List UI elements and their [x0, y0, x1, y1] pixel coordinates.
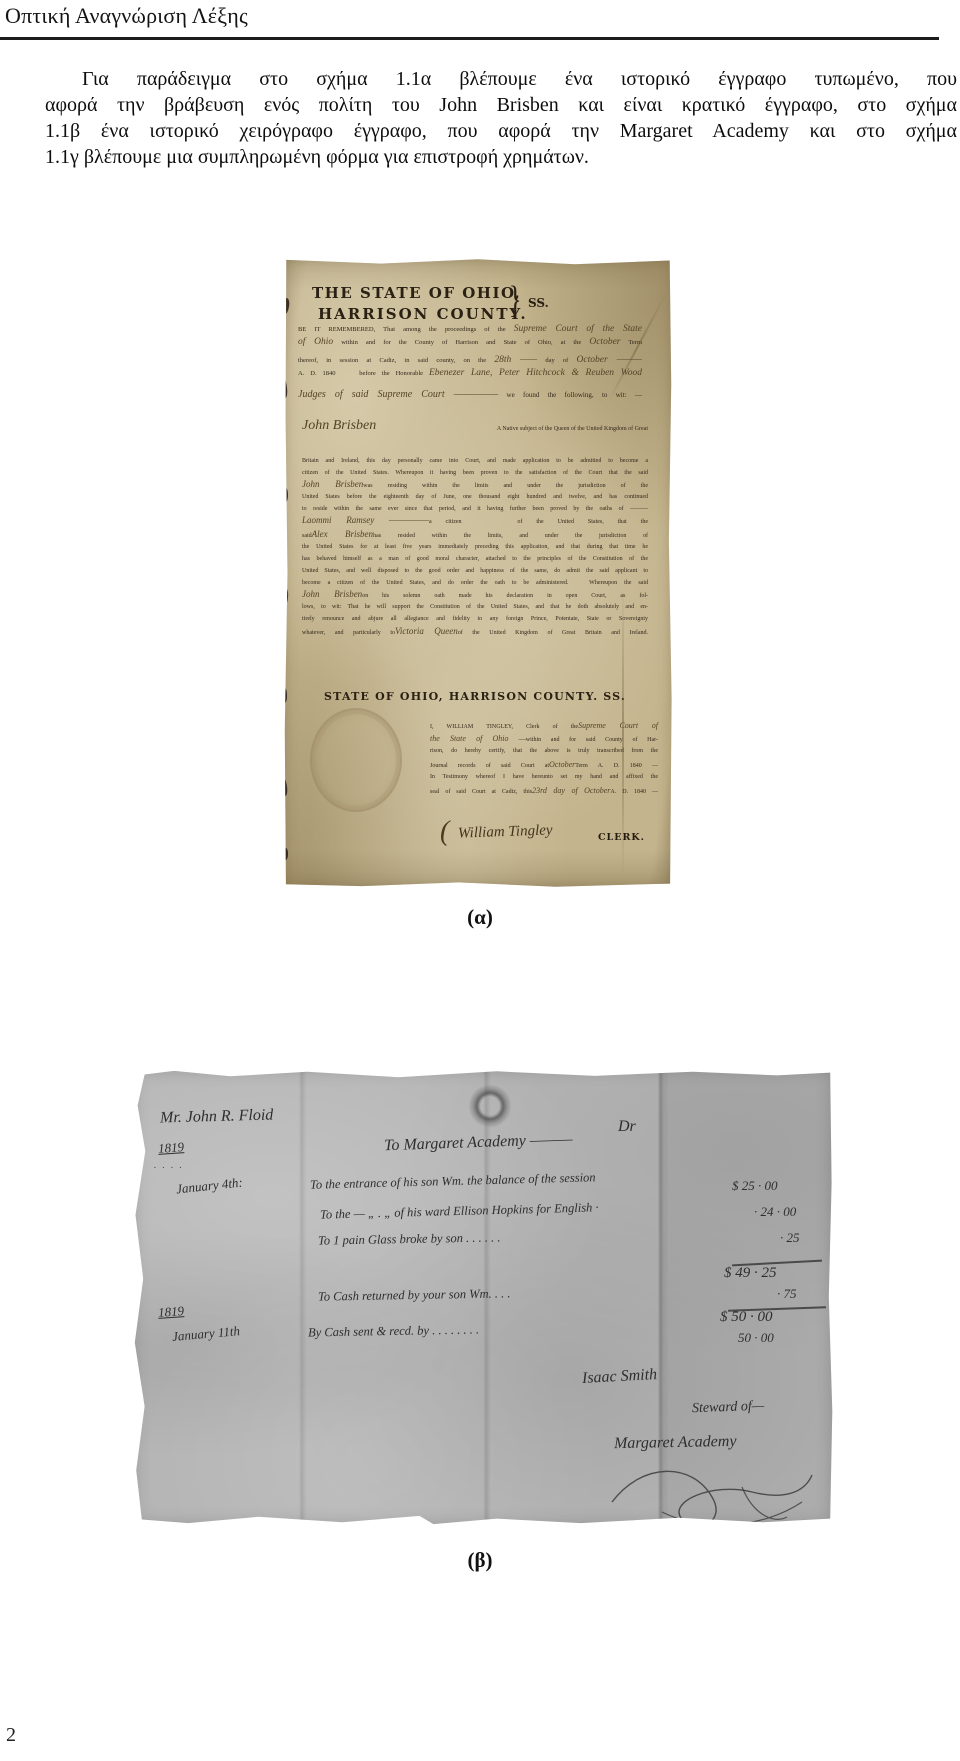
signature-flourish	[602, 1457, 822, 1537]
entry-text: To the entrance of his son Wm. the balan…	[310, 1171, 596, 1191]
paragraph-line: 1.1γ βλέπουμε μια συμπληρωμένη φόρμα για…	[45, 144, 957, 170]
academy-name-handwriting: Margaret Academy	[614, 1434, 737, 1452]
entry-text: To Cash returned by your son Wm. . . .	[318, 1287, 511, 1303]
addressee-handwriting: Mr. John R. Floid	[160, 1108, 274, 1127]
doc-a-body-line: whatever, and particularly toVictoria Qu…	[302, 627, 648, 637]
doc-a-body-line: saidAlex Brisbenhas resided within the l…	[302, 530, 648, 540]
year-handwriting: 1819	[158, 1304, 185, 1319]
doc-a-body-line: John Brisbenwas residing within the limi…	[302, 480, 648, 490]
intro-paragraph: Για παράδειγμα στο σχήμα 1.1α βλέπουμε έ…	[45, 66, 957, 170]
dr-abbreviation: Dr	[618, 1119, 636, 1135]
clerk-signature: William Tingley	[458, 822, 553, 842]
subtotal-amount: $ 49 · 25	[724, 1266, 777, 1281]
doc-a-heading-line2: HARRISON COUNTY.	[318, 305, 528, 323]
doc-a-signature-line: John Brisben A Native subject of the Que…	[302, 418, 648, 434]
year-handwriting: 1819	[158, 1140, 185, 1155]
paper-crease	[608, 295, 666, 402]
doc-a-intro-line: A. D. 1840 before the Honorable Ebenezer…	[298, 368, 642, 378]
total-amount: $ 50 · 00	[720, 1310, 773, 1325]
dot-leaders: . . . .	[154, 1161, 184, 1170]
doc-a-body-line: United States before the eighteenth day …	[302, 494, 648, 501]
entry-amount: 50 · 00	[738, 1331, 774, 1344]
doc-a-intro-line: of Ohio within and for the County of Har…	[298, 337, 642, 347]
page-title: Οπτική Αναγνώριση Λέξης	[5, 3, 248, 29]
entry-amount: · 24 · 00	[754, 1205, 796, 1218]
embossed-seal	[310, 708, 402, 812]
entry-amount: · 75	[777, 1287, 797, 1300]
doc-a-body-line: lows, to wit: That he will support the C…	[302, 604, 648, 611]
entry-amount: · 25	[780, 1231, 800, 1244]
doc-a-body-line: Laommi Ramsey —————a citizen of the Unit…	[302, 516, 648, 526]
doc-a-body-line: citizen of the United States. Whereupon …	[302, 470, 648, 477]
doc-a-intro-line: BE IT REMEMBERED, That among the proceed…	[298, 324, 642, 334]
figure-b-document-scan: Mr. John R. Floid 1819 . . . . To Margar…	[132, 1069, 833, 1525]
doc-a-intro-line: Judges of said Supreme Court ————— we fo…	[298, 389, 642, 400]
doc-a-heading-line1: THE STATE OF OHIO,	[312, 284, 521, 302]
figure-a-caption: (α)	[0, 905, 960, 930]
torn-edge-mark	[283, 848, 288, 860]
torn-edge-mark	[280, 588, 289, 607]
torn-edge-mark	[282, 688, 287, 703]
doc-a-body-line: become a citizen of the United States, a…	[302, 580, 648, 587]
doc-a-ss: SS.	[528, 296, 549, 310]
doc-a-body-line: John Brisbenon his solemn oath made his …	[302, 590, 648, 600]
doc-a-mid-heading: STATE OF OHIO, HARRISON COUNTY. SS.	[299, 690, 651, 703]
doc-a-body-line: has behaved himself as a man of good mor…	[302, 556, 648, 563]
entry-text: By Cash sent & recd. by . . . . . . . .	[308, 1324, 479, 1339]
torn-edge-mark	[281, 298, 290, 315]
paragraph-line: αφορά την βράβευση ενός πολίτη του John …	[45, 92, 957, 118]
entry-amount: $ 25 · 00	[732, 1179, 778, 1192]
steward-signature: Isaac Smith	[582, 1367, 658, 1387]
doc-a-body-line: tirely renounce and abjure all allegianc…	[302, 616, 648, 623]
entry-text: To 1 pain Glass broke by son . . . . . .	[318, 1231, 501, 1247]
ledger-title-handwriting: To Margaret Academy ———	[384, 1132, 573, 1155]
page-number: 2	[6, 1724, 16, 1747]
doc-a-body-line: the United States for at least five year…	[302, 544, 648, 551]
signature-flourish: (	[440, 816, 449, 848]
handwritten-name: John Brisben	[302, 418, 376, 434]
steward-title: Steward of—	[692, 1400, 765, 1417]
paragraph-line: 1.1β ένα ιστορικό χειρόγραφο έγγραφο, πο…	[45, 118, 957, 144]
header-rule	[0, 37, 939, 40]
figure-a-document-scan: THE STATE OF OHIO, HARRISON COUNTY. } SS…	[284, 258, 672, 888]
doc-a-body-line: United States, and well disposed to the …	[302, 568, 648, 575]
paper-crease	[622, 588, 624, 878]
doc-a-intro-line: thereof, in session at Cadiz, in said co…	[298, 355, 642, 365]
torn-edge-mark	[283, 488, 288, 502]
brace-glyph: }	[509, 278, 522, 322]
entry-date: January 4th:	[176, 1176, 244, 1196]
torn-edge-mark	[280, 378, 288, 399]
doc-a-body-line: Britain and Ireland, this day personally…	[302, 458, 648, 465]
figure-b-caption: (β)	[0, 1548, 960, 1573]
ink-stain	[469, 1083, 511, 1129]
torn-edge-mark	[280, 778, 288, 797]
entry-date: January 11th	[172, 1324, 241, 1343]
doc-a-body-line: to reside within the same ever since tha…	[302, 506, 648, 513]
entry-text: To the — „ . „ of his ward Ellison Hopki…	[320, 1201, 599, 1221]
paragraph-line: Για παράδειγμα στο σχήμα 1.1α βλέπουμε έ…	[45, 66, 957, 92]
page: { "header": { "title": "Οπτική Αναγνώρισ…	[0, 0, 960, 1761]
